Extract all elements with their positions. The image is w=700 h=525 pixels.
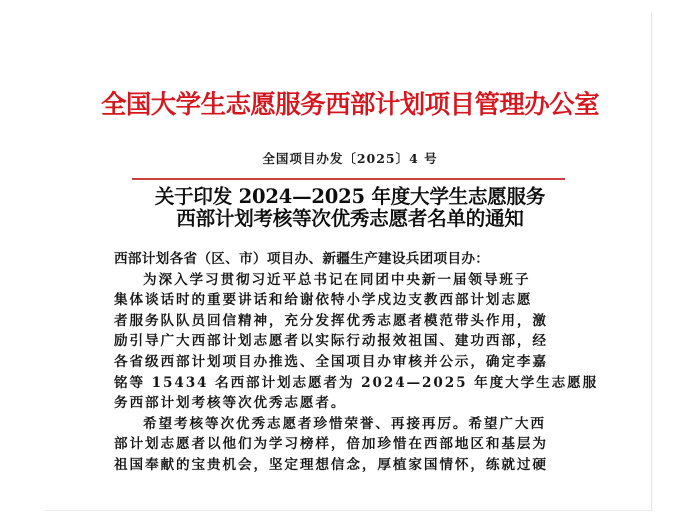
title-line-2: 西部计划考核等次优秀志愿者名单的通知 [100,208,600,230]
paragraph-1-line-5: 各省级西部计划项目办推选、全国项目办审核并公示，确定李嘉 [114,352,594,373]
document-page: 全国大学生志愿服务西部计划项目管理办公室 全国项目办发〔2025〕4 号 关于印… [0,0,700,525]
paragraph-1-line-4: 励引导广大西部计划志愿者以实际行动报效祖国、建功西部，经 [114,331,594,352]
red-divider-rule [132,178,565,180]
document-number: 全国项目办发〔2025〕4 号 [100,150,600,168]
issuing-office-header: 全国大学生志愿服务西部计划项目管理办公室 [100,88,600,122]
paragraph-2-line-3: 祖国奉献的宝贵机会，坚定理想信念，厚植家国情怀，练就过硬 [114,455,594,476]
paragraph-2-line-1: 希望考核等次优秀志愿者珍惜荣誉、再接再厉。希望广大西 [114,414,594,435]
page-edge-right [651,13,652,510]
paragraph-1-line-2: 集体谈话时的重要讲话和给谢依特小学戍边支教西部计划志愿 [114,290,594,311]
paragraph-1-line-1: 为深入学习贯彻习近平总书记在同团中央新一届领导班子 [114,270,594,291]
notice-title: 关于印发 2024—2025 年度大学生志愿服务 西部计划考核等次优秀志愿者名单… [100,186,600,229]
paragraph-2-line-2: 部计划志愿者以他们为学习榜样，倍加珍惜在西部地区和基层为 [114,434,594,455]
paragraph-1-line-7: 务西部计划考核等次优秀志愿者。 [114,393,594,414]
salutation: 西部计划各省（区、市）项目办、新疆生产建设兵团项目办： [114,249,594,270]
paragraph-1-line-6: 铭等 15434 名西部计划志愿者为 2024—2025 年度大学生志愿服 [114,373,594,394]
title-line-1: 关于印发 2024—2025 年度大学生志愿服务 [100,186,600,208]
notice-body: 西部计划各省（区、市）项目办、新疆生产建设兵团项目办： 为深入学习贯彻习近平总书… [114,249,594,476]
paragraph-1-line-3: 者服务队队员回信精神，充分发挥优秀志愿者模范带头作用，激 [114,311,594,332]
page-edge-bottom [45,510,652,511]
